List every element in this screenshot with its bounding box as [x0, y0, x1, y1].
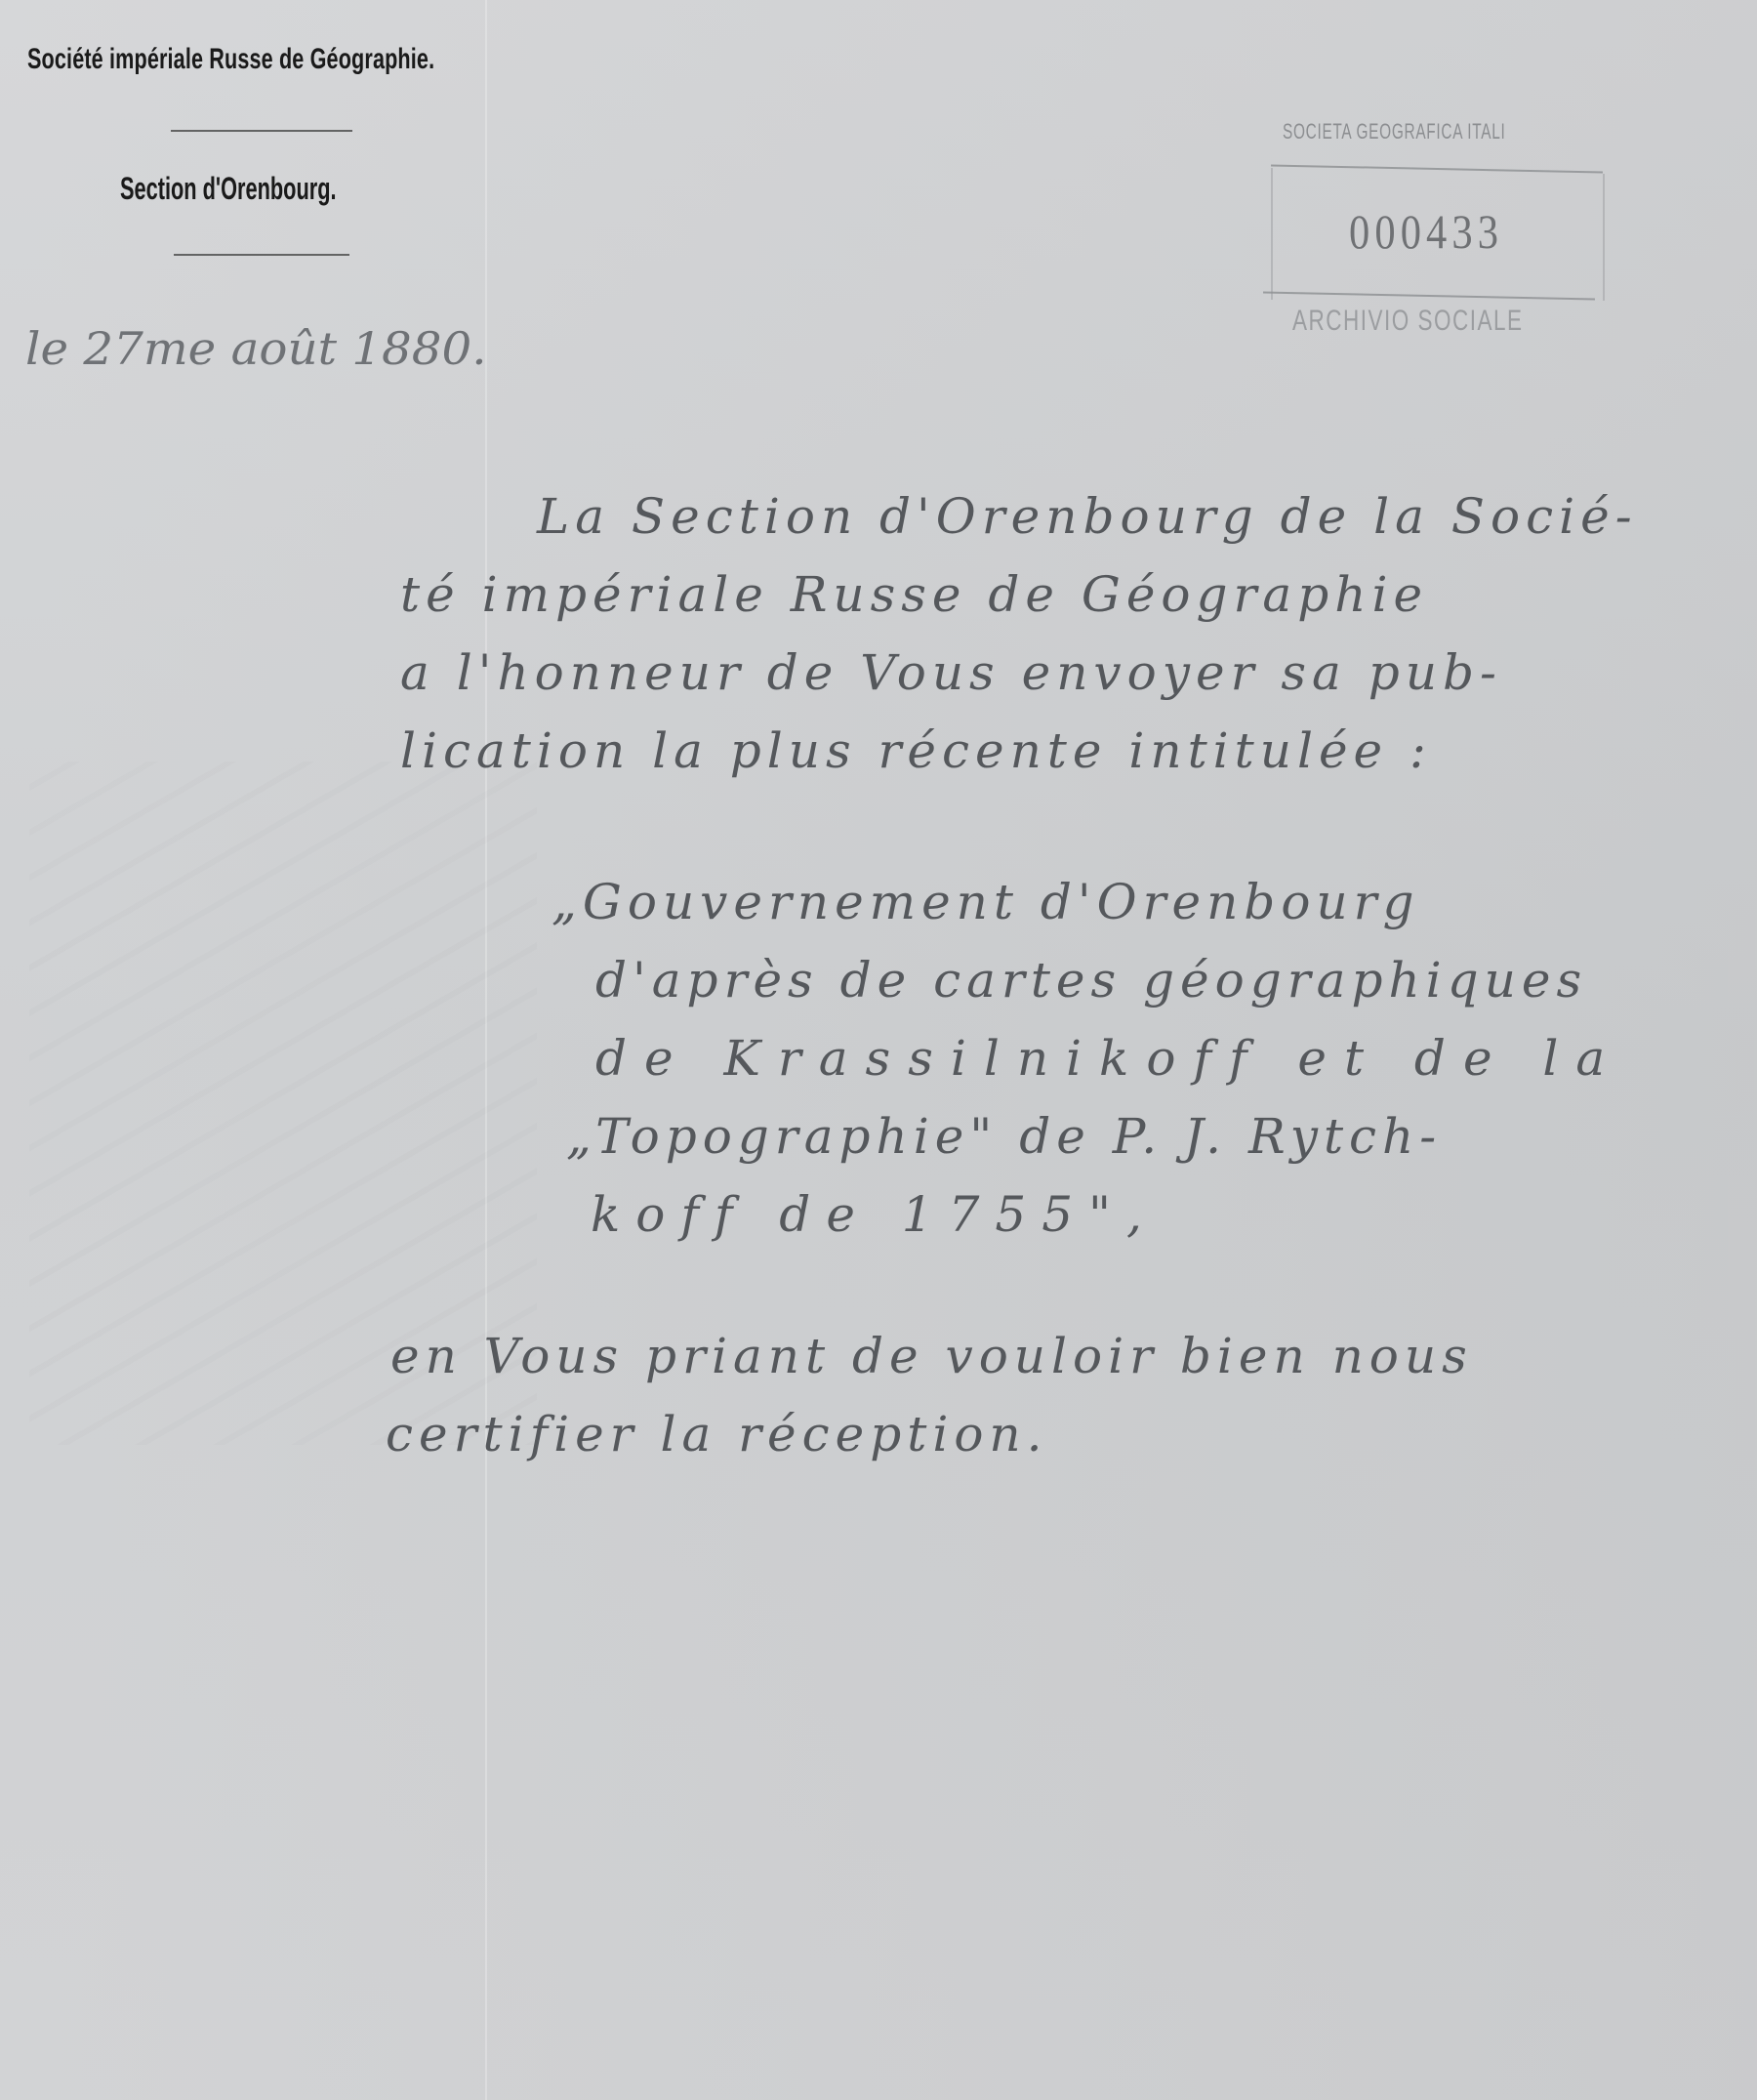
publication-title-line: de Krassilnikoff et de la	[595, 1030, 1622, 1087]
letterhead-society: Société impériale Russe de Géographie.	[27, 43, 434, 76]
publication-title-line: koff de 1755",	[591, 1186, 1158, 1243]
body-line: lication la plus récente intitulée :	[400, 722, 1432, 779]
closing-line: en Vous priant de vouloir bien nous	[390, 1328, 1473, 1384]
stamp-society-text: SOCIETA GEOGRAFICA ITALI	[1283, 119, 1505, 144]
publication-title-line: „Gouvernement d'Orenbourg	[552, 874, 1420, 930]
archive-stamp: SOCIETA GEOGRAFICA ITALI 000433 ARCHIVIO…	[1269, 107, 1606, 351]
letterhead-rule-top	[171, 130, 352, 132]
stamp-archive-text: ARCHIVIO SOCIALE	[1292, 305, 1524, 338]
letterhead-section: Section d'Orenbourg.	[120, 171, 337, 207]
body-line: té impériale Russe de Géographie	[400, 566, 1428, 623]
stamp-border-left	[1271, 168, 1273, 300]
stamp-archive-number: 000433	[1349, 203, 1503, 260]
publication-title-line: d'après de cartes géographiques	[595, 952, 1587, 1009]
body-line: La Section d'Orenbourg de la Socié-	[537, 488, 1638, 545]
stamp-rule-bottom	[1263, 291, 1595, 300]
closing-line: certifier la réception.	[386, 1406, 1048, 1462]
stamp-rule-top	[1271, 164, 1603, 173]
letterhead-rule-bottom	[174, 254, 349, 256]
body-line: a l'honneur de Vous envoyer sa pub-	[400, 644, 1502, 701]
letter-date: le 27me août 1880.	[25, 322, 487, 375]
stamp-border-right	[1603, 174, 1605, 301]
publication-title-line: „Topographie" de P. J. Rytch-	[566, 1108, 1442, 1165]
